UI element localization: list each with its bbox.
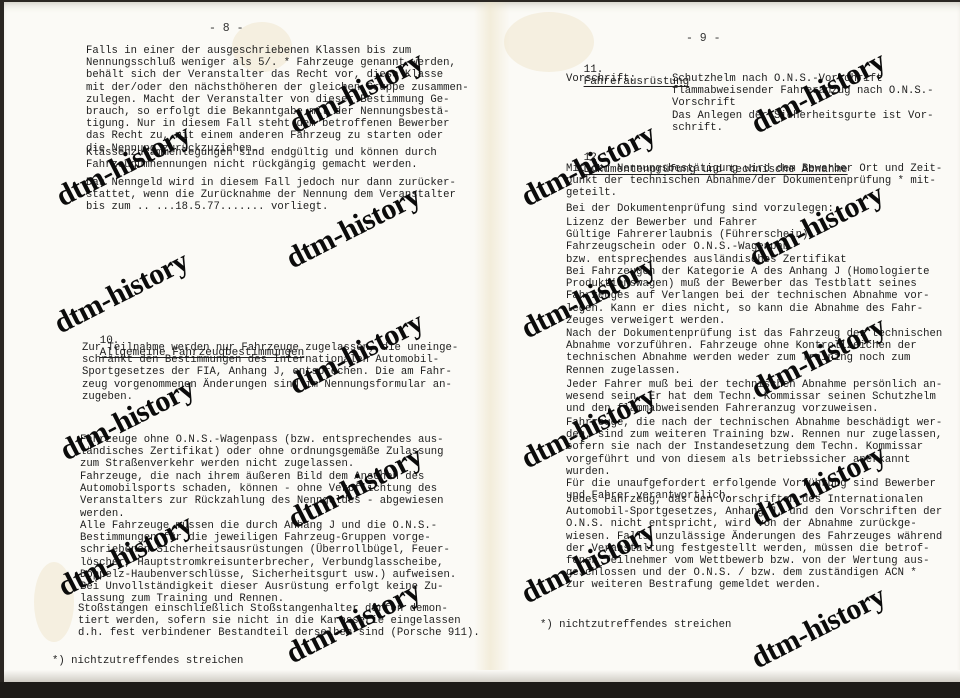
paragraph: Stoßstangen einschließlich Stoßstangenha…	[78, 603, 480, 640]
scanned-document-spread: - 8 - Falls in einer der ausgeschriebene…	[4, 2, 960, 684]
page-number: - 8 -	[209, 22, 244, 35]
rule-label: Vorschrift:	[566, 73, 636, 85]
scanner-background	[0, 682, 960, 698]
page-number: - 9 -	[686, 32, 721, 45]
paragraph: Bei der Dokumentenprüfung sind vorzulege…	[566, 203, 834, 215]
footnote: *) nichtzutreffendes streichen	[52, 655, 243, 667]
paragraph: Mit der Nennungsbestätigung wird dem Bew…	[566, 163, 942, 200]
footnote: *) nichtzutreffendes streichen	[540, 619, 731, 631]
